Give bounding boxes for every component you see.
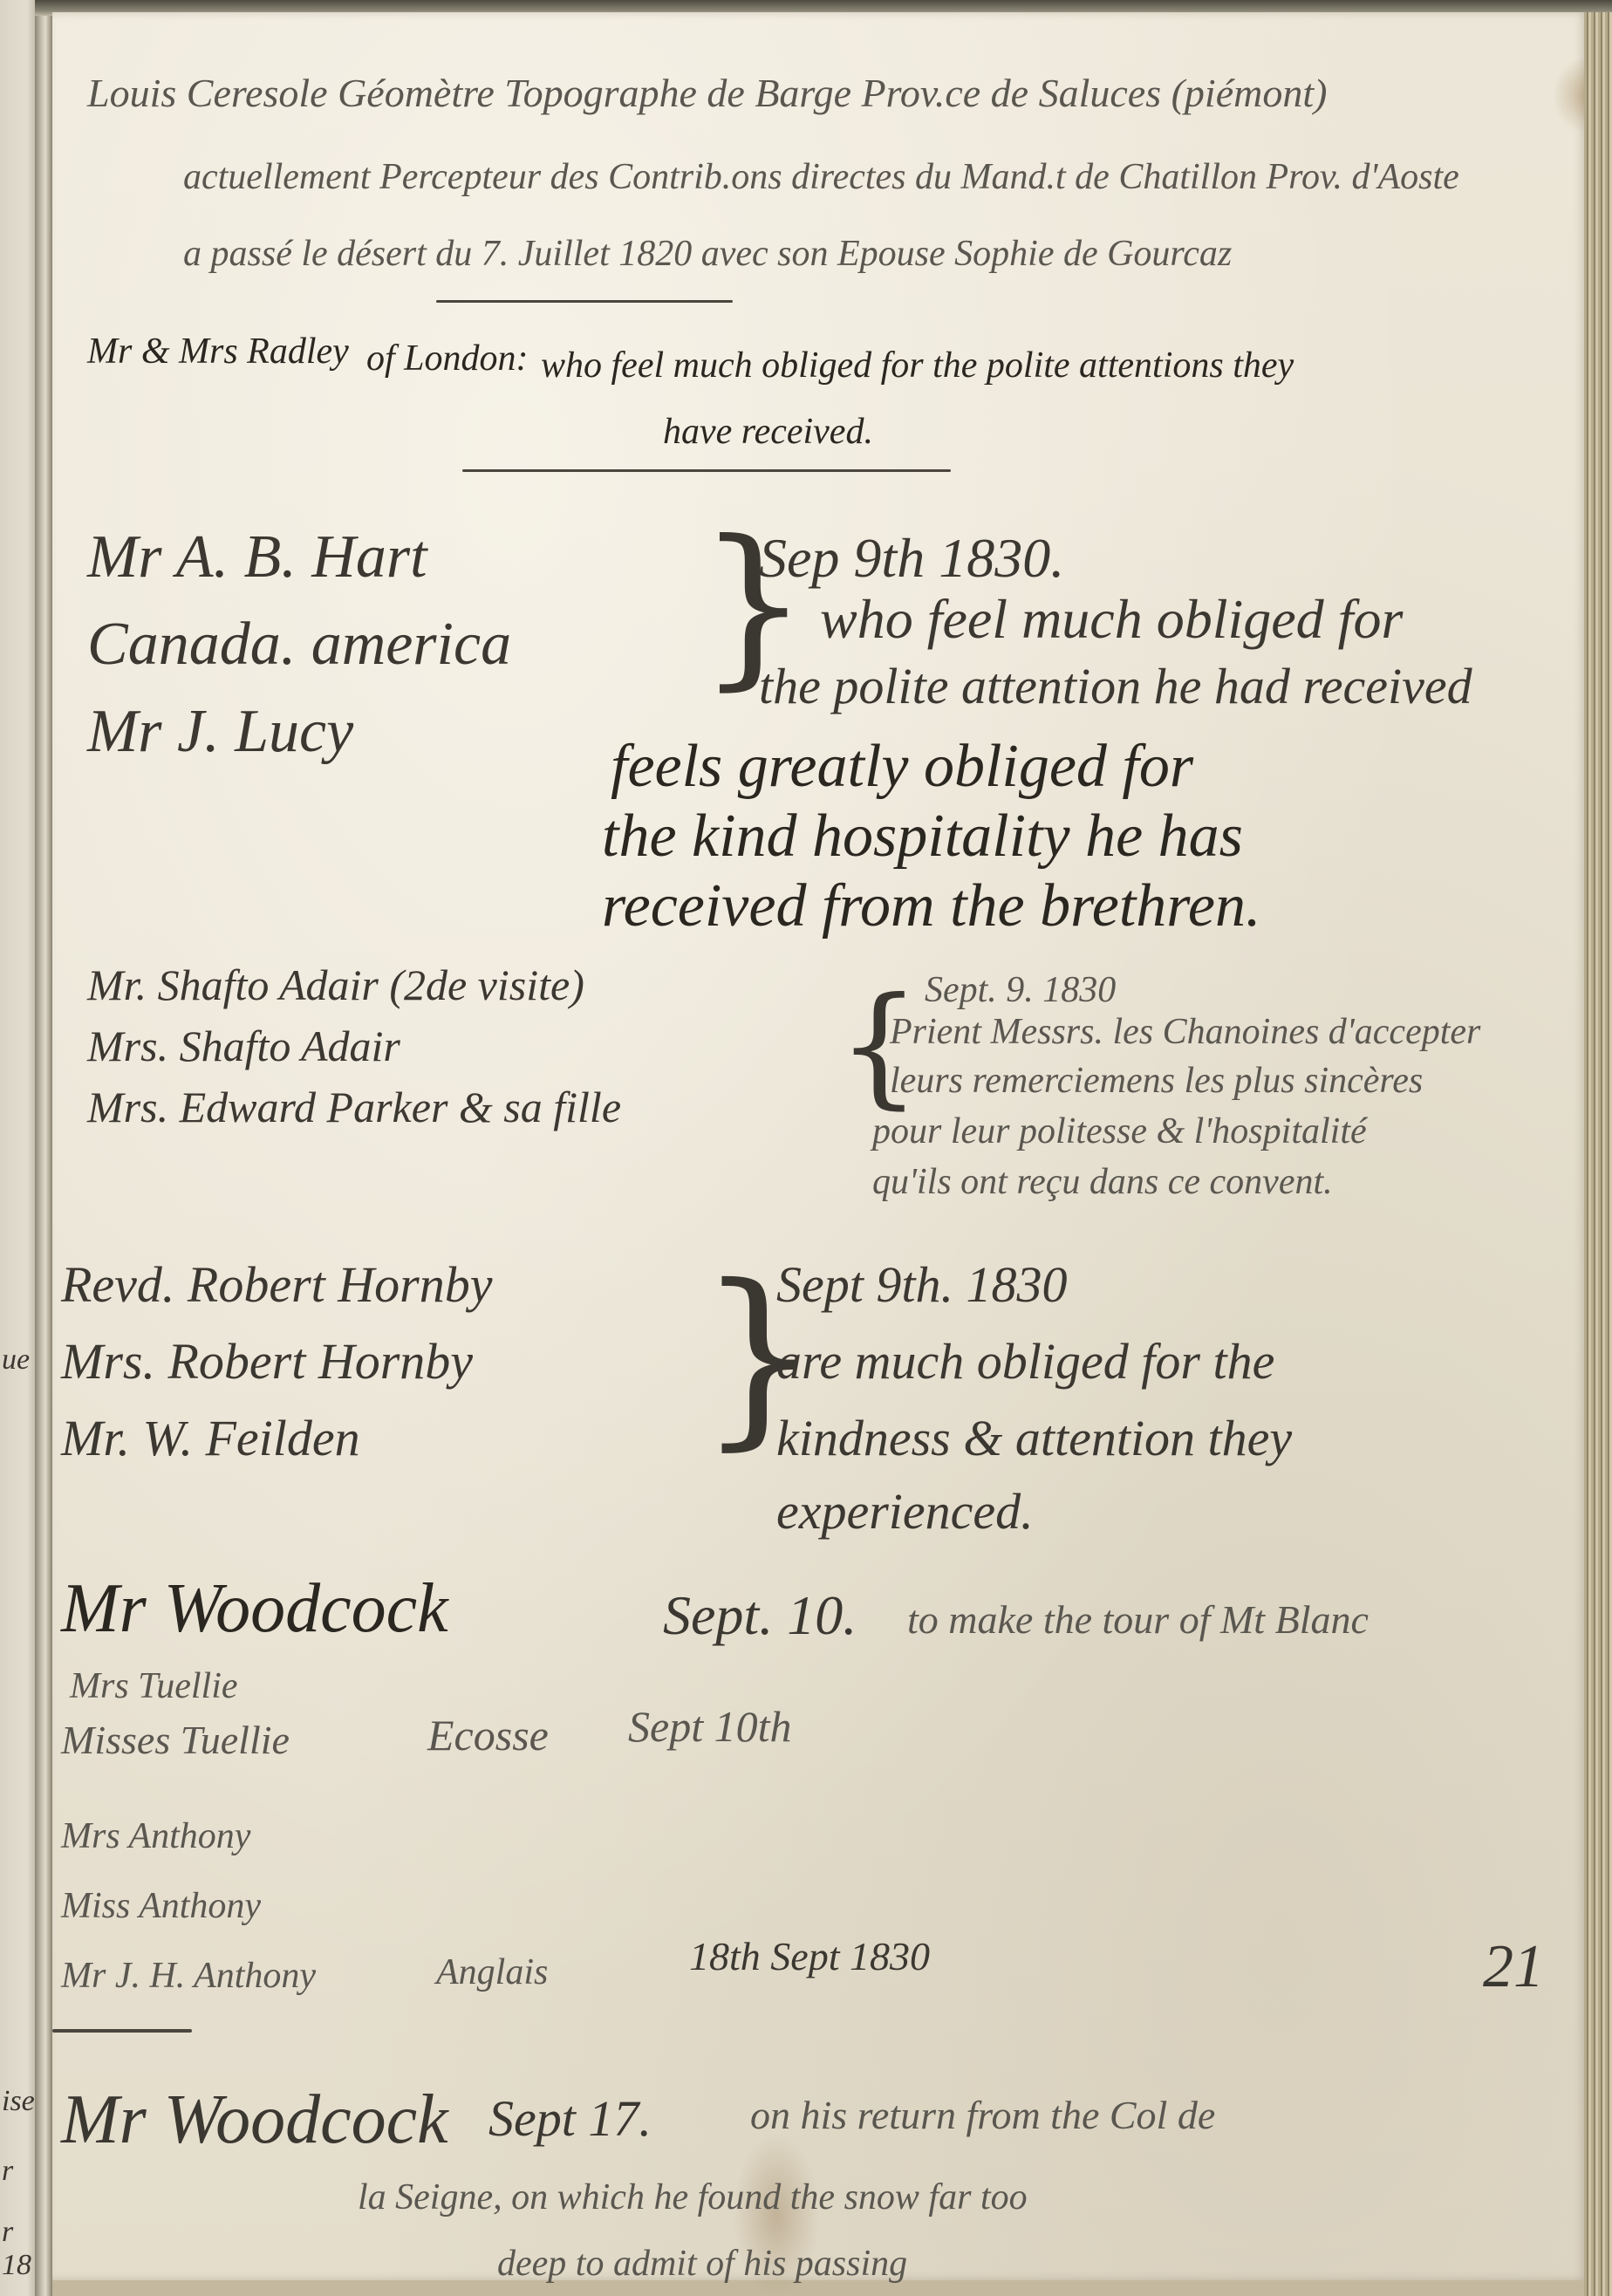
left-page-fragment: r 18 [2, 2216, 38, 2282]
visitor-name: Mr Woodcock [61, 1574, 448, 1643]
visitor-remark: qu'ils ont reçu dans ce convent. [872, 1164, 1333, 1200]
visitor-remark: have received. [663, 413, 873, 450]
visitor-name: Mrs Tuellie [70, 1668, 238, 1705]
visitor-name: Mr Woodcock [61, 2085, 448, 2155]
page-fore-edge [1584, 12, 1612, 2296]
visitor-remark: received from the brethren. [602, 876, 1260, 937]
entry-date: Sept 10th [628, 1705, 791, 1748]
entry-date: Sept. 9. 1830 [925, 972, 1116, 1008]
manuscript-page: Louis Ceresole Géomètre Topographe de Ba… [52, 12, 1588, 2296]
entry-line: a passé le désert du 7. Juillet 1820 ave… [183, 236, 1232, 272]
visitor-remark: who feel much obliged for [820, 591, 1403, 647]
page-number: 21 [1483, 1937, 1544, 1998]
visitor-name: Mr J. Lucy [87, 701, 353, 762]
visitor-remark: are much obliged for the [776, 1336, 1274, 1387]
visitor-remark: the kind hospitality he has [602, 806, 1243, 867]
visitor-remark: deep to admit of his passing [497, 2245, 907, 2282]
left-page-fragment: ise [2, 2085, 35, 2118]
visitor-name: Mrs. Edward Parker & sa fille [87, 1085, 621, 1129]
visitor-origin: of London: [366, 340, 529, 377]
book-gutter [35, 0, 54, 2296]
separator-rule [436, 300, 733, 303]
visitor-name: Revd. Robert Hornby [61, 1260, 492, 1310]
visitor-remark: who feel much obliged for the polite att… [541, 347, 1294, 384]
visitor-origin: Ecosse [427, 1713, 549, 1757]
entry-date: 18th Sept 1830 [689, 1937, 930, 1977]
visitor-name: Mr & Mrs Radley [87, 333, 349, 370]
visitor-name: Mrs. Shafto Adair [87, 1024, 400, 1068]
entry-line: actuellement Percepteur des Contrib.ons … [183, 159, 1459, 195]
visitor-remark: kindness & attention they [776, 1413, 1292, 1464]
visitor-name: Mr A. B. Hart [87, 527, 427, 588]
left-page-fragment: ue [2, 1343, 30, 1377]
visitor-remark: pour leur politesse & l'hospitalité [872, 1113, 1367, 1150]
visitor-origin: Anglais [436, 1954, 548, 1991]
visitor-name: Mr J. H. Anthony [61, 1958, 316, 1994]
entry-line: Louis Ceresole Géomètre Topographe de Ba… [87, 73, 1327, 113]
visitor-remark: on his return from the Col de [750, 2095, 1215, 2135]
visitor-name: Miss Anthony [61, 1888, 261, 1924]
entry-date: Sep 9th 1830. [759, 530, 1064, 586]
visitor-remark: the polite attention he had received [759, 661, 1472, 712]
visitor-remark: la Seigne, on which he found the snow fa… [358, 2179, 1028, 2216]
visitor-remark: feels greatly obliged for [611, 736, 1193, 797]
separator-rule [462, 469, 951, 472]
visitor-remark: to make the tour of Mt Blanc [907, 1600, 1369, 1640]
visitor-remark: Prient Messrs. les Chanoines d'accepter [890, 1014, 1480, 1050]
visitor-remark: experienced. [776, 1486, 1034, 1537]
entry-date: Sept 17. [488, 2094, 652, 2144]
visitor-origin: Canada. america [87, 614, 511, 675]
visitor-name: Mr. W. Feilden [61, 1413, 360, 1464]
entry-date: Sept. 10. [663, 1588, 857, 1643]
entry-date: Sept 9th. 1830 [776, 1260, 1067, 1310]
visitor-name: Misses Tuellie [61, 1720, 290, 1760]
visitor-name: Mrs Anthony [61, 1818, 250, 1855]
separator-rule [52, 2029, 192, 2033]
visitor-remark: leurs remerciemens les plus sincères [890, 1063, 1423, 1099]
adjacent-left-page: ue ise r r 18 [0, 0, 38, 2296]
visitor-name: Mrs. Robert Hornby [61, 1336, 473, 1387]
left-page-fragment: r [2, 2155, 13, 2188]
visitor-name: Mr. Shafto Adair (2de visite) [87, 963, 584, 1007]
